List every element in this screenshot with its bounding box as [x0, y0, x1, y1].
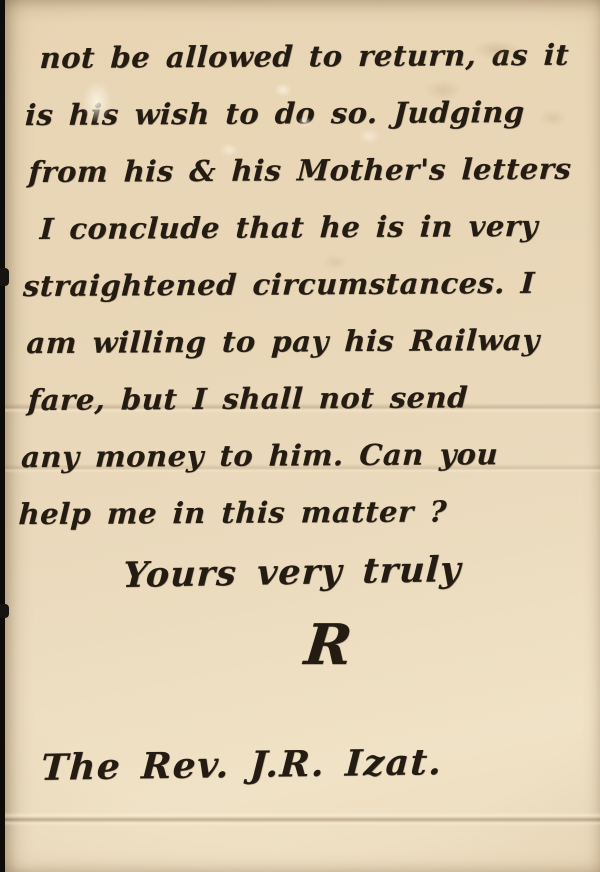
left-edge-notch: [0, 604, 9, 618]
left-edge-notch: [0, 268, 9, 286]
addressee-line: The Rev. J.R. Izat.: [40, 741, 444, 789]
letter-paper: not be allowed to return, as it is his w…: [5, 0, 600, 872]
signature-initial: R: [302, 612, 355, 678]
letter-line: help me in this matter ?: [17, 483, 571, 543]
letter-line: straightened circumstances. I: [22, 255, 582, 315]
fold-crease-bottom: [5, 812, 600, 826]
scanned-letter-page: not be allowed to return, as it is his w…: [0, 0, 600, 872]
letter-line: is his wish to do so. Judging: [24, 84, 590, 144]
letter-line: I conclude that he is in very: [38, 198, 584, 258]
letter-line: fare, but I shall not send: [27, 369, 577, 429]
letter-line: am willing to pay his Railway: [25, 312, 579, 372]
letter-body: not be allowed to return, as it is his w…: [11, 27, 592, 544]
letter-closing: Yours very truly: [122, 549, 462, 596]
letter-line: not be allowed to return, as it: [38, 27, 592, 87]
letter-line: any money to him. Can you: [20, 426, 574, 486]
letter-line: from his & his Mother's letters: [27, 141, 587, 201]
